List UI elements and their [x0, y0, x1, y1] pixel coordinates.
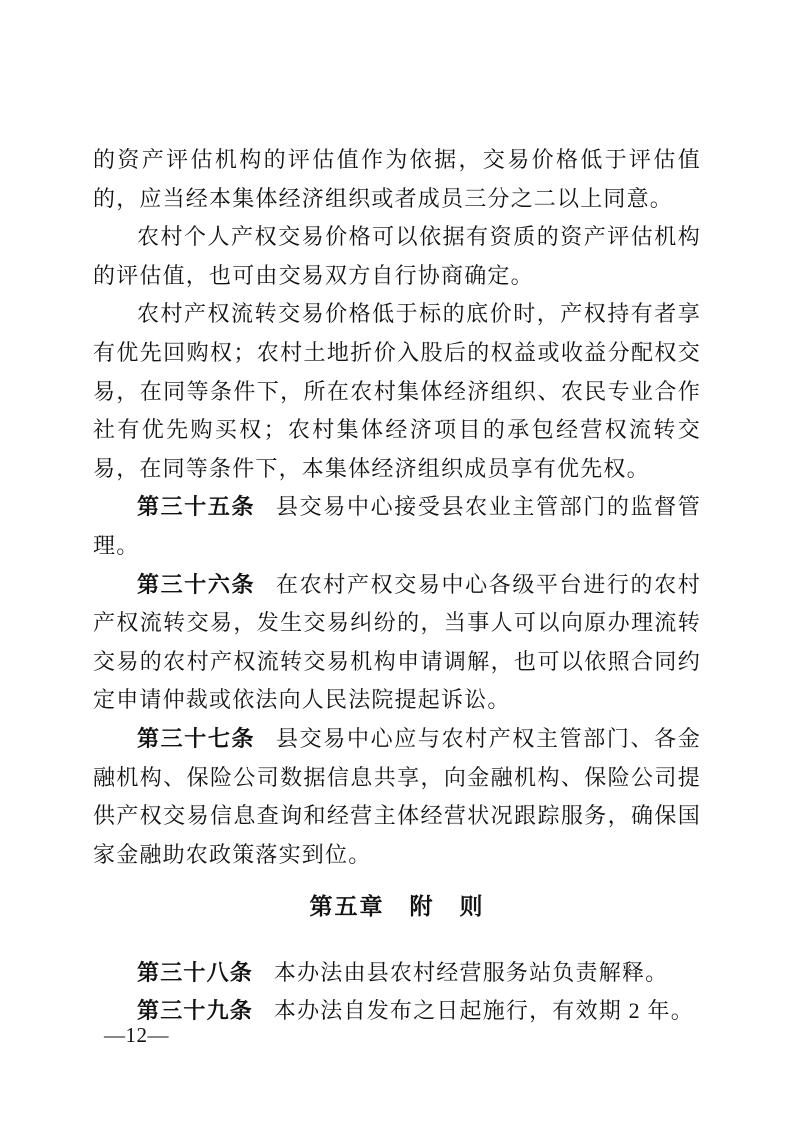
- body-paragraph: 农村个人产权交易价格可以依据有资质的资产评估机构的评估值，也可由交易双方自行协商…: [93, 218, 701, 295]
- article-number-label: 第三十七条: [137, 726, 255, 751]
- article-paragraph: 第三十六条在农村产权交易中心各级平台进行的农村产权流转交易，发生交易纠纷的，当事…: [93, 566, 701, 720]
- article-text: 本办法由县农村经营服务站负责解释。: [274, 960, 668, 985]
- chapter-heading: 第五章 附 则: [93, 887, 701, 926]
- document-body: 的资产评估机构的评估值作为依据，交易价格低于评估值的，应当经本集体经济组织或者成…: [93, 141, 701, 1031]
- article-number-label: 第三十九条: [137, 998, 253, 1023]
- article-paragraph: 第三十八条本办法由县农村经营服务站负责解释。: [93, 954, 701, 993]
- document-page: 的资产评估机构的评估值作为依据，交易价格低于评估值的，应当经本集体经济组织或者成…: [0, 0, 793, 1122]
- article-paragraph: 第三十九条本办法自发布之日起施行，有效期 2 年。: [93, 992, 701, 1031]
- body-paragraph: 农村产权流转交易价格低于标的底价时，产权持有者享有优先回购权；农村土地折价入股后…: [93, 295, 701, 488]
- article-number-label: 第三十八条: [137, 960, 253, 985]
- article-text: 本办法自发布之日起施行，有效期 2 年。: [274, 998, 694, 1023]
- article-number-label: 第三十五条: [137, 494, 255, 519]
- page-number: —12—: [104, 1023, 169, 1048]
- body-paragraph: 的资产评估机构的评估值作为依据，交易价格低于评估值的，应当经本集体经济组织或者成…: [93, 141, 701, 218]
- article-paragraph: 第三十五条县交易中心接受县农业主管部门的监督管理。: [93, 488, 701, 565]
- article-paragraph: 第三十七条县交易中心应与农村产权主管部门、各金融机构、保险公司数据信息共享，向金…: [93, 720, 701, 874]
- article-number-label: 第三十六条: [137, 572, 255, 597]
